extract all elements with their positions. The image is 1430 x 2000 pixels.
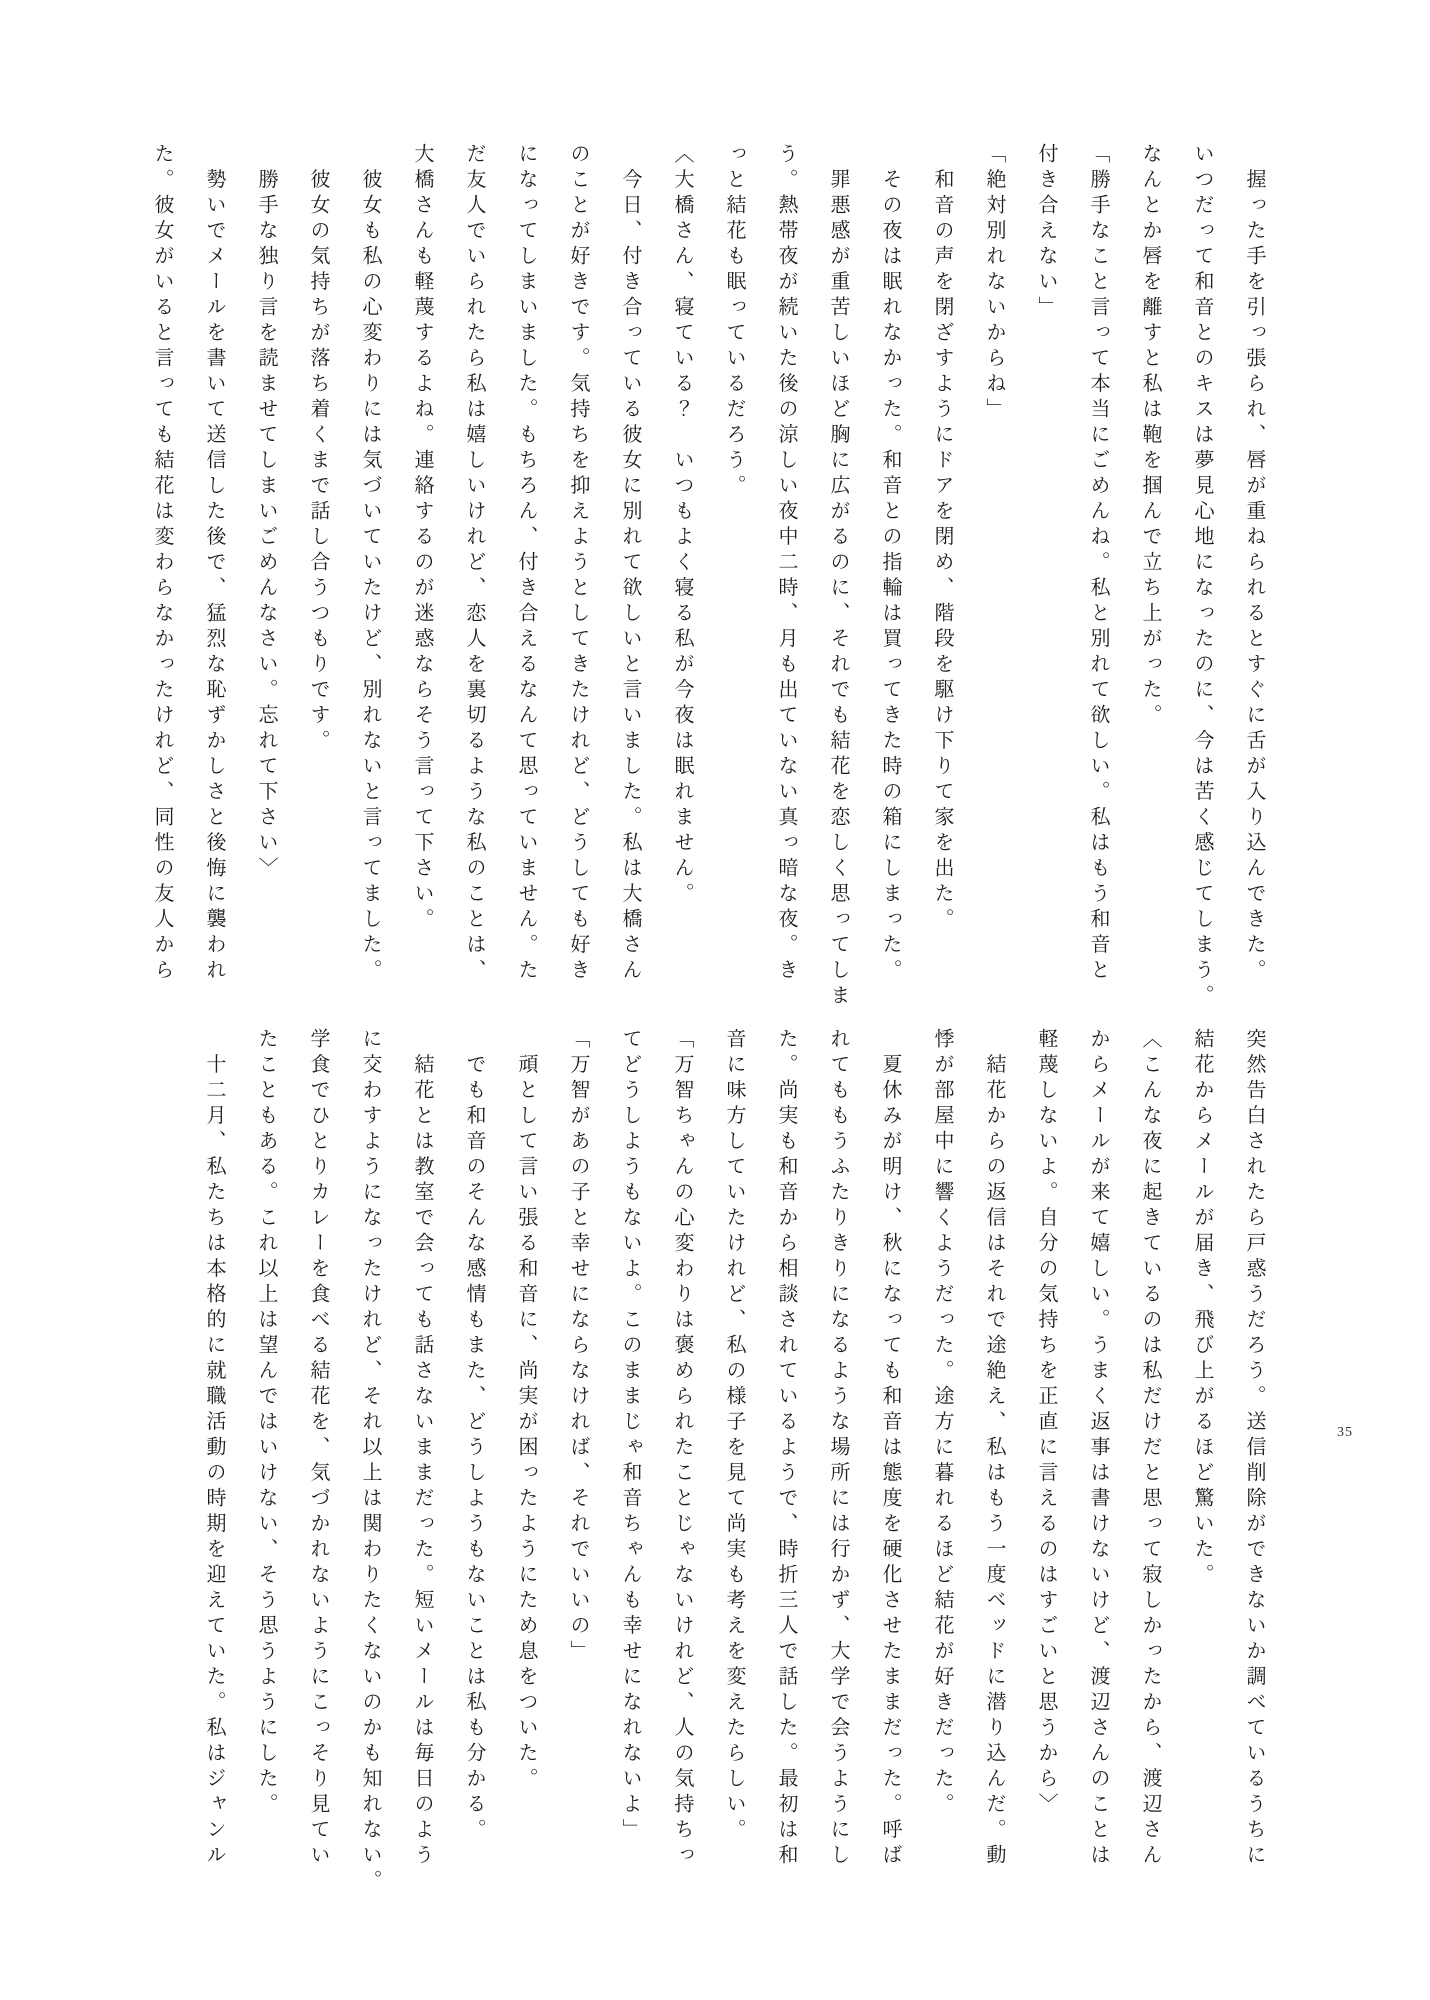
text-line: 頑として言い張る和音に、尚実が困ったようにため息をついた。 — [500, 1028, 552, 1912]
text-line: 「万智があの子と幸せにならなければ、それでいいの」 — [552, 1028, 604, 1912]
text-line: 「勝手なこと言って本当にごめんね。私と別れて欲しい。私はもう和音と — [1072, 143, 1124, 1027]
text-line: 軽蔑しないよ。自分の気持ちを正直に言えるのはすごいと思うから〉 — [1020, 1028, 1072, 1912]
text-block-top: 握った手を引っ張られ、唇が重ねられるとすぐに舌が入り込んできた。いつだって和音と… — [136, 143, 1280, 1027]
text-line: 十二月、私たちは本格的に就職活動の時期を迎えていた。私はジャンル — [188, 1028, 240, 1912]
text-line: 結花からメールが届き、飛び上がるほど驚いた。 — [1176, 1028, 1228, 1912]
text-line: その夜は眠れなかった。和音との指輪は買ってきた時の箱にしまった。 — [864, 143, 916, 1027]
text-block-bottom: 突然告白されたら戸惑うだろう。送信削除ができないか調べているうちに結花からメール… — [188, 1028, 1280, 1912]
text-line: 〈こんな夜に起きているのは私だけだと思って寂しかったから、渡辺さん — [1124, 1028, 1176, 1912]
text-line: 彼女の気持ちが落ち着くまで話し合うつもりです。 — [292, 143, 344, 1027]
text-line: になってしまいました。もちろん、付き合えるなんて思っていません。た — [500, 143, 552, 1027]
text-line: 夏休みが明け、秋になっても和音は態度を硬化させたままだった。呼ば — [864, 1028, 916, 1912]
text-line: 今日、付き合っている彼女に別れて欲しいと言いました。私は大橋さん — [604, 143, 656, 1027]
text-line: 「絶対別れないからね」 — [968, 143, 1020, 1027]
text-line: 音に味方していたけれど、私の様子を見て尚実も考えを変えたらしい。 — [708, 1028, 760, 1912]
text-line: でも和音のそんな感情もまた、どうしようもないことは私も分かる。 — [448, 1028, 500, 1912]
text-line: た。尚実も和音から相談されているようで、時折三人で話した。最初は和 — [760, 1028, 812, 1912]
text-line: 「万智ちゃんの心変わりは褒められたことじゃないけれど、人の気持ちっ — [656, 1028, 708, 1912]
text-line: 和音の声を閉ざすようにドアを閉め、階段を駆け下りて家を出た。 — [916, 143, 968, 1027]
text-line: っと結花も眠っているだろう。 — [708, 143, 760, 1027]
novel-page: 握った手を引っ張られ、唇が重ねられるとすぐに舌が入り込んできた。いつだって和音と… — [0, 0, 1430, 2000]
text-line: 結花とは教室で会っても話さないままだった。短いメールは毎日のよう — [396, 1028, 448, 1912]
text-line: う。熱帯夜が続いた後の涼しい夜中二時、月も出ていない真っ暗な夜。き — [760, 143, 812, 1027]
text-line: れてももうふたりきりになるような場所には行かず、大学で会うようにし — [812, 1028, 864, 1912]
text-line: 握った手を引っ張られ、唇が重ねられるとすぐに舌が入り込んできた。 — [1228, 143, 1280, 1027]
text-line: 罪悪感が重苦しいほど胸に広がるのに、それでも結花を恋しく思ってしま — [812, 143, 864, 1027]
text-line: 突然告白されたら戸惑うだろう。送信削除ができないか調べているうちに — [1228, 1028, 1280, 1912]
text-line: 学食でひとりカレーを食べる結花を、気づかれないようにこっそり見てい — [292, 1028, 344, 1912]
text-line: 彼女も私の心変わりには気づいていたけど、別れないと言ってました。 — [344, 143, 396, 1027]
text-line: 悸が部屋中に響くようだった。途方に暮れるほど結花が好きだった。 — [916, 1028, 968, 1912]
text-line: からメールが来て嬉しい。うまく返事は書けないけど、渡辺さんのことは — [1072, 1028, 1124, 1912]
page-number: 35 — [1337, 1425, 1353, 1441]
text-line: のことが好きです。気持ちを抑えようとしてきたけれど、どうしても好き — [552, 143, 604, 1027]
text-line: 付き合えない」 — [1020, 143, 1072, 1027]
text-line: 勝手な独り言を読ませてしまいごめんなさい。忘れて下さい〉 — [240, 143, 292, 1027]
text-line: いつだって和音とのキスは夢見心地になったのに、今は苦く感じてしまう。 — [1176, 143, 1228, 1027]
text-line: てどうしようもないよ。このままじゃ和音ちゃんも幸せになれないよ」 — [604, 1028, 656, 1912]
text-line: たこともある。これ以上は望んではいけない、そう思うようにした。 — [240, 1028, 292, 1912]
text-line: に交わすようになったけれど、それ以上は関わりたくないのかも知れない。 — [344, 1028, 396, 1912]
text-line: 〈大橋さん、寝ている？ いつもよく寝る私が今夜は眠れません。 — [656, 143, 708, 1027]
text-line: 勢いでメールを書いて送信した後で、猛烈な恥ずかしさと後悔に襲われ — [188, 143, 240, 1027]
text-line: だ友人でいられたら私は嬉しいけれど、恋人を裏切るような私のことは、 — [448, 143, 500, 1027]
text-line: 結花からの返信はそれで途絶え、私はもう一度ベッドに潜り込んだ。動 — [968, 1028, 1020, 1912]
text-line: た。彼女がいると言っても結花は変わらなかったけれど、同性の友人から — [136, 143, 188, 1027]
text-line: 大橋さんも軽蔑するよね。連絡するのが迷惑ならそう言って下さい。 — [396, 143, 448, 1027]
text-line: なんとか唇を離すと私は鞄を掴んで立ち上がった。 — [1124, 143, 1176, 1027]
